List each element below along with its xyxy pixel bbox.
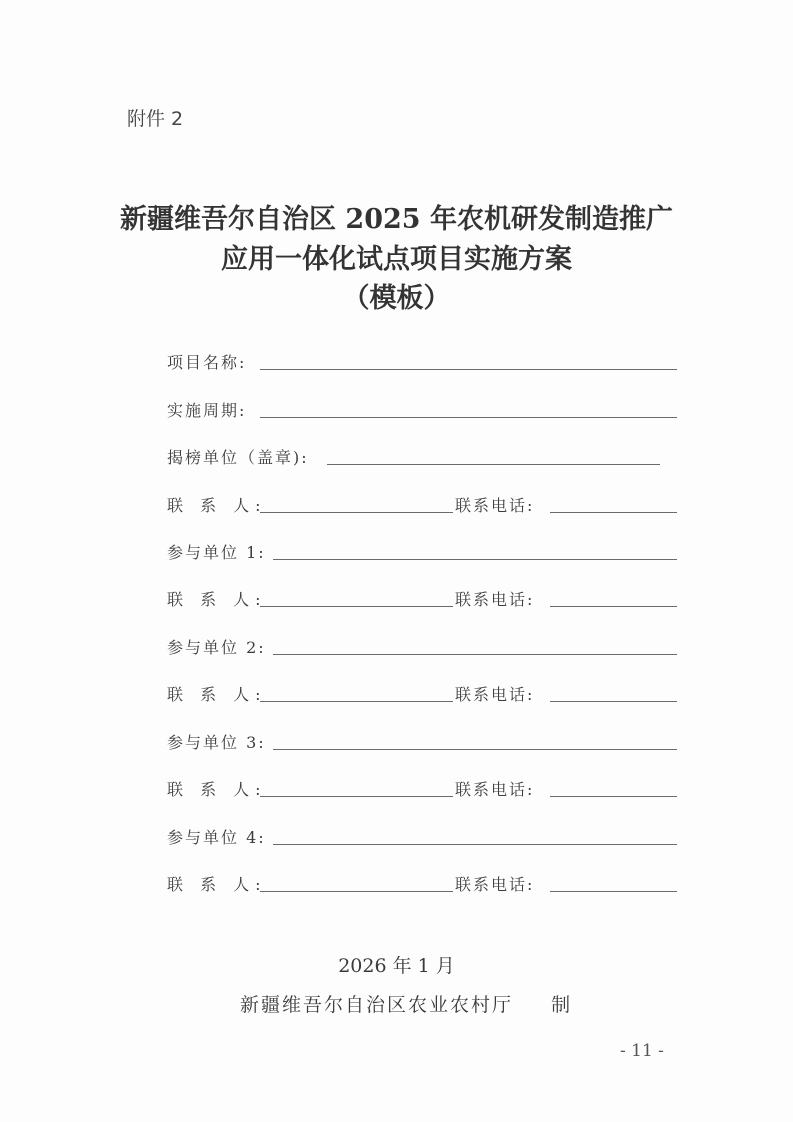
contact-phone-label: 联系电话:	[455, 493, 534, 516]
participant-4-input-line[interactable]	[273, 844, 677, 845]
field-participant-1: 参与单位 1:	[167, 540, 687, 564]
document-date: 2026 年 1 月	[0, 951, 793, 978]
contact-row-participant-3: 联 系 人: 联系电话:	[167, 777, 687, 801]
document-title-line-3: （模板）	[0, 276, 793, 315]
issuer-suffix: 制	[551, 994, 572, 1016]
issuer-line: 新疆维吾尔自治区农业农村厅 制	[240, 990, 572, 1017]
contact-person-label: 联 系 人:	[167, 777, 267, 800]
contact-person-label: 联 系 人:	[167, 493, 267, 516]
contact-phone-input-line[interactable]	[550, 701, 677, 702]
participant-1-label: 参与单位 1:	[167, 540, 266, 563]
project-name-label: 项目名称:	[167, 350, 246, 373]
contact-person-input-line[interactable]	[260, 796, 453, 797]
contact-phone-label: 联系电话:	[455, 587, 534, 610]
participant-4-label: 参与单位 4:	[167, 825, 266, 848]
implementation-period-label: 实施周期:	[167, 398, 246, 421]
field-participant-4: 参与单位 4:	[167, 825, 687, 849]
implementation-period-input-line[interactable]	[260, 417, 677, 418]
contact-row-participant-2: 联 系 人: 联系电话:	[167, 682, 687, 706]
participant-3-input-line[interactable]	[273, 749, 677, 750]
contact-person-input-line[interactable]	[260, 512, 453, 513]
attachment-label: 附件 2	[127, 104, 183, 131]
contact-person-label: 联 系 人:	[167, 872, 267, 895]
contact-phone-label: 联系电话:	[455, 872, 534, 895]
field-implementation-period: 实施周期:	[167, 398, 687, 422]
participant-2-label: 参与单位 2:	[167, 635, 266, 658]
contact-phone-input-line[interactable]	[550, 606, 677, 607]
issuer-name: 新疆维吾尔自治区农业农村厅	[240, 994, 513, 1016]
contact-phone-label: 联系电话:	[455, 682, 534, 705]
field-participant-3: 参与单位 3:	[167, 730, 687, 754]
contact-phone-input-line[interactable]	[550, 891, 677, 892]
page-number: - 11 -	[620, 1041, 664, 1061]
contact-person-input-line[interactable]	[260, 701, 453, 702]
contact-person-label: 联 系 人:	[167, 587, 267, 610]
field-participant-2: 参与单位 2:	[167, 635, 687, 659]
field-project-name: 项目名称:	[167, 350, 687, 374]
field-lead-unit: 揭榜单位（盖章):	[167, 445, 687, 469]
project-name-input-line[interactable]	[260, 369, 677, 370]
contact-phone-input-line[interactable]	[550, 512, 677, 513]
contact-row-participant-1: 联 系 人: 联系电话:	[167, 587, 687, 611]
document-title-line-1: 新疆维吾尔自治区 2025 年农机研发制造推广	[0, 197, 793, 236]
contact-row-lead: 联 系 人: 联系电话:	[167, 493, 687, 517]
lead-unit-label: 揭榜单位（盖章):	[167, 445, 309, 468]
contact-phone-input-line[interactable]	[550, 796, 677, 797]
contact-row-participant-4: 联 系 人: 联系电话:	[167, 872, 687, 896]
participant-1-input-line[interactable]	[273, 559, 677, 560]
participant-3-label: 参与单位 3:	[167, 730, 266, 753]
contact-phone-label: 联系电话:	[455, 777, 534, 800]
contact-person-label: 联 系 人:	[167, 682, 267, 705]
document-title-line-2: 应用一体化试点项目实施方案	[0, 237, 793, 276]
contact-person-input-line[interactable]	[260, 606, 453, 607]
participant-2-input-line[interactable]	[273, 654, 677, 655]
contact-person-input-line[interactable]	[260, 891, 453, 892]
lead-unit-input-line[interactable]	[327, 464, 660, 465]
